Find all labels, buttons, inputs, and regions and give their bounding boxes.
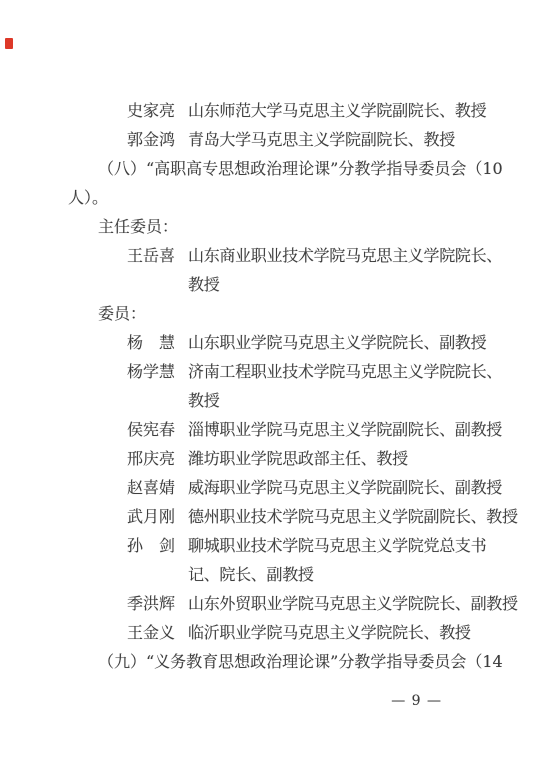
member-name: 王岳喜: [127, 241, 188, 299]
member-desc-line: 聊城职业技术学院马克思主义学院党总支书: [188, 531, 510, 560]
scanned-document-page: 史家亮山东师范大学马克思主义学院副院长、教授郭金鸿青岛大学马克思主义学院副院长、…: [0, 0, 554, 783]
member-desc-line: 潍坊职业学院思政部主任、教授: [188, 444, 510, 473]
member-row: 侯宪春淄博职业学院马克思主义学院副院长、副教授: [68, 415, 510, 444]
member-desc-line: 山东商业职业技术学院马克思主义学院院长、: [188, 241, 510, 270]
member-desc: 青岛大学马克思主义学院副院长、教授: [188, 125, 510, 154]
member-desc-line: 淄博职业学院马克思主义学院副院长、副教授: [188, 415, 510, 444]
member-row: 孙 剑聊城职业技术学院马克思主义学院党总支书记、院长、副教授: [68, 531, 510, 589]
member-desc: 山东职业学院马克思主义学院院长、副教授: [188, 328, 510, 357]
member-desc-line: 山东师范大学马克思主义学院副院长、教授: [188, 96, 510, 125]
member-name: 武月刚: [127, 502, 188, 531]
member-row: 杨 慧山东职业学院马克思主义学院院长、副教授: [68, 328, 510, 357]
section-9-heading: （九）“义务教育思想政治理论课”分教学指导委员会（14: [68, 647, 510, 676]
member-row: 武月刚德州职业技术学院马克思主义学院副院长、教授: [68, 502, 510, 531]
member-desc-line: 山东外贸职业学院马克思主义学院院长、副教授: [188, 589, 510, 618]
member-desc-line: 德州职业技术学院马克思主义学院副院长、教授: [188, 502, 510, 531]
member-name: 赵喜婧: [127, 473, 188, 502]
member-row: 郭金鸿青岛大学马克思主义学院副院长、教授: [68, 125, 510, 154]
document-content: 史家亮山东师范大学马克思主义学院副院长、教授郭金鸿青岛大学马克思主义学院副院长、…: [68, 96, 510, 676]
member-name: 王金义: [127, 618, 188, 647]
member-desc: 山东师范大学马克思主义学院副院长、教授: [188, 96, 510, 125]
member-desc-line: 威海职业学院马克思主义学院副院长、副教授: [188, 473, 510, 502]
member-name: 季洪辉: [127, 589, 188, 618]
chair-member-list: 王岳喜山东商业职业技术学院马克思主义学院院长、教授: [68, 241, 510, 299]
member-row: 王岳喜山东商业职业技术学院马克思主义学院院长、教授: [68, 241, 510, 299]
member-desc-line: 济南工程职业技术学院马克思主义学院院长、: [188, 357, 510, 386]
member-desc-line: 青岛大学马克思主义学院副院长、教授: [188, 125, 510, 154]
member-desc-line: 教授: [188, 386, 510, 415]
section-8-heading: （八）“高职高专思想政治理论课”分教学指导委员会（10 人）。: [68, 154, 510, 212]
page-number: — 9 —: [391, 693, 442, 709]
member-desc-line: 教授: [188, 270, 510, 299]
section-8-member-list: 杨 慧山东职业学院马克思主义学院院长、副教授杨学慧济南工程职业技术学院马克思主义…: [68, 328, 510, 647]
member-desc: 山东商业职业技术学院马克思主义学院院长、教授: [188, 241, 510, 299]
red-stamp-mark: [5, 38, 13, 49]
previous-section-member-list: 史家亮山东师范大学马克思主义学院副院长、教授郭金鸿青岛大学马克思主义学院副院长、…: [68, 96, 510, 154]
member-desc-line: 临沂职业学院马克思主义学院院长、教授: [188, 618, 510, 647]
member-name: 杨学慧: [127, 357, 188, 415]
member-row: 杨学慧济南工程职业技术学院马克思主义学院院长、教授: [68, 357, 510, 415]
member-row: 邢庆亮潍坊职业学院思政部主任、教授: [68, 444, 510, 473]
chair-label: 主任委员：: [68, 212, 510, 241]
member-row: 王金义临沂职业学院马克思主义学院院长、教授: [68, 618, 510, 647]
section-8-heading-line-2: 人）。: [68, 183, 510, 212]
member-name: 史家亮: [127, 96, 188, 125]
member-row: 季洪辉山东外贸职业学院马克思主义学院院长、副教授: [68, 589, 510, 618]
member-desc: 德州职业技术学院马克思主义学院副院长、教授: [188, 502, 510, 531]
members-label: 委员：: [68, 299, 510, 328]
member-desc: 济南工程职业技术学院马克思主义学院院长、教授: [188, 357, 510, 415]
member-desc: 潍坊职业学院思政部主任、教授: [188, 444, 510, 473]
member-name: 邢庆亮: [127, 444, 188, 473]
member-row: 史家亮山东师范大学马克思主义学院副院长、教授: [68, 96, 510, 125]
member-desc-line: 山东职业学院马克思主义学院院长、副教授: [188, 328, 510, 357]
member-desc-line: 记、院长、副教授: [188, 560, 510, 589]
member-name: 杨 慧: [127, 328, 188, 357]
member-row: 赵喜婧威海职业学院马克思主义学院副院长、副教授: [68, 473, 510, 502]
member-name: 孙 剑: [127, 531, 188, 589]
member-desc: 聊城职业技术学院马克思主义学院党总支书记、院长、副教授: [188, 531, 510, 589]
member-name: 郭金鸿: [127, 125, 188, 154]
section-8-heading-line-1: （八）“高职高专思想政治理论课”分教学指导委员会（10: [68, 154, 510, 183]
member-name: 侯宪春: [127, 415, 188, 444]
member-desc: 临沂职业学院马克思主义学院院长、教授: [188, 618, 510, 647]
member-desc: 淄博职业学院马克思主义学院副院长、副教授: [188, 415, 510, 444]
member-desc: 威海职业学院马克思主义学院副院长、副教授: [188, 473, 510, 502]
member-desc: 山东外贸职业学院马克思主义学院院长、副教授: [188, 589, 510, 618]
